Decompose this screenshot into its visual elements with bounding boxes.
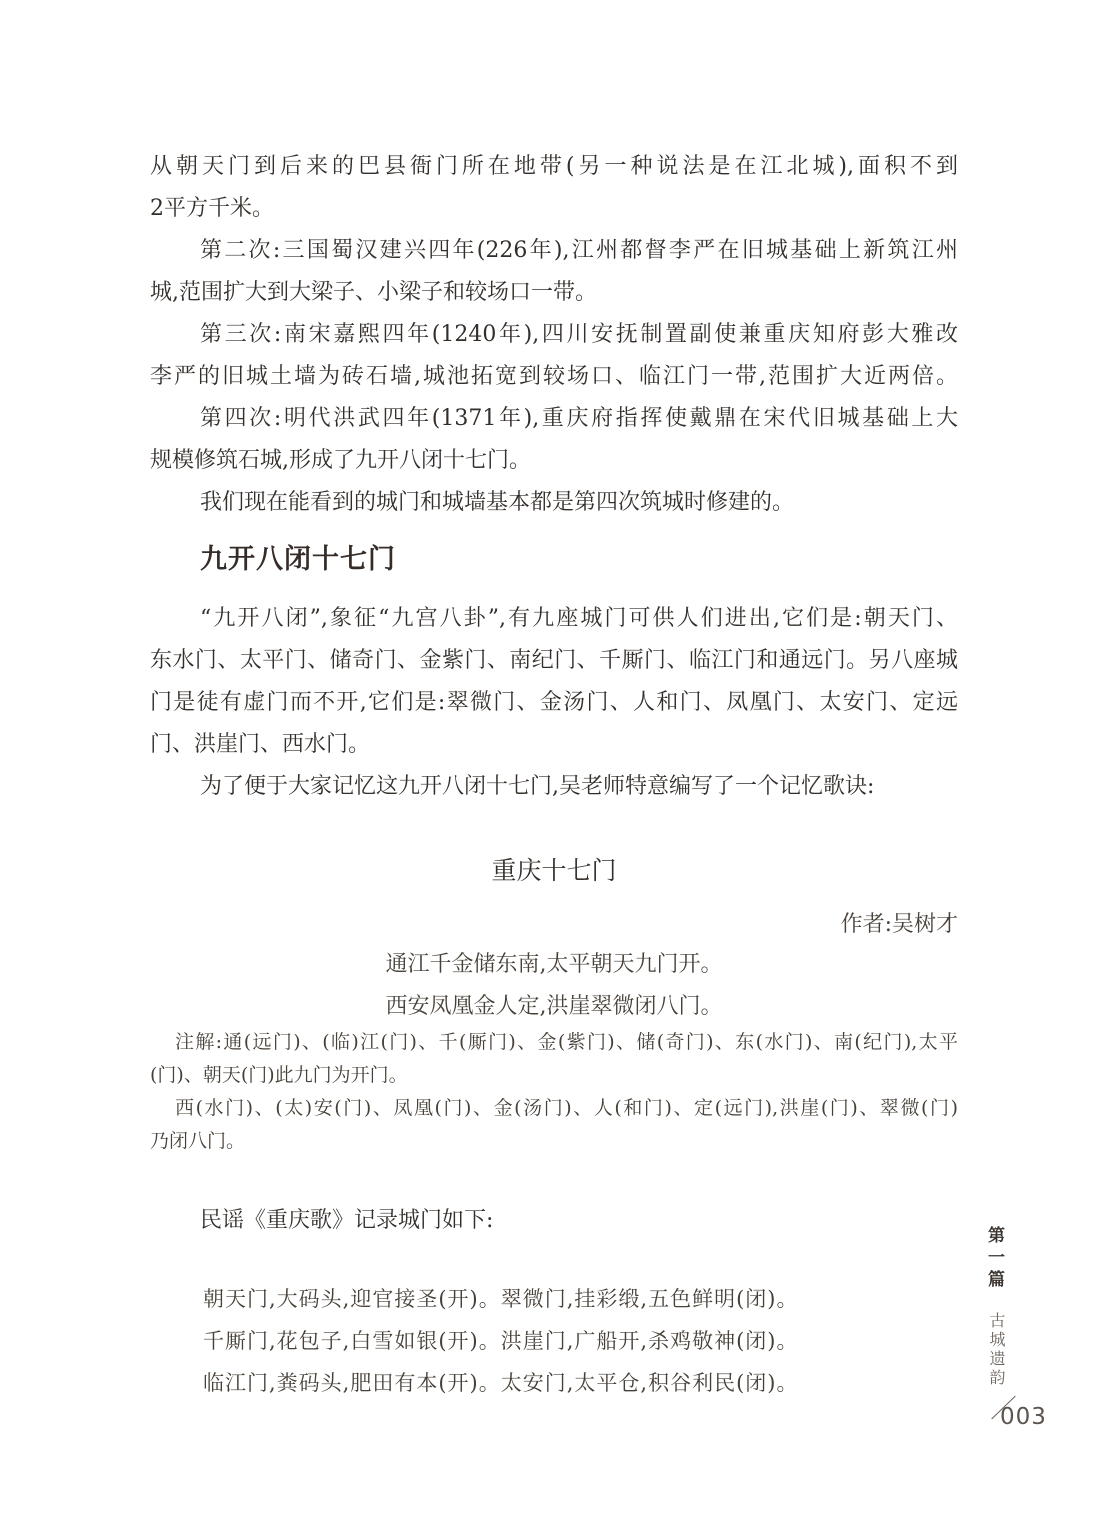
text-line: 门、洪崖门、西水门。 [150,724,958,766]
note-line: (门)、朝天(门)此九门为开门。 [150,1059,958,1092]
folk-line: 临江门,粪码头,肥田有本(开)。太安门,太平仓,积谷利民(闭)。 [150,1362,958,1404]
text-line: 民谣《重庆歌》记录城门如下: [150,1200,958,1242]
section-title-vertical: 古城遗韵 [985,1312,1008,1388]
folk-line: 朝天门,大码头,迎官接圣(开)。翠微门,挂彩缎,五色鲜明(闭)。 [150,1278,958,1320]
section-heading: 九开八闭十七门 [150,545,396,575]
text-line: 为了便于大家记忆这九开八闭十七门,吴老师特意编写了一个记忆歌诀: [150,766,958,808]
book-page: 从朝天门到后来的巴县衙门所在地带(另一种说法是在江北城),面积不到 2平方千米。… [0,0,1100,1538]
text-line: 东水门、太平门、储奇门、金紫门、南纪门、千厮门、临江门和通远门。另八座城 [150,640,958,682]
body-text-block-1: 从朝天门到后来的巴县衙门所在地带(另一种说法是在江北城),面积不到 2平方千米。… [150,146,958,524]
poem-line: 通江千金储东南,太平朝天九门开。 [150,944,958,986]
folk-song-block: 朝天门,大码头,迎官接圣(开)。翠微门,挂彩缎,五色鲜明(闭)。 千厮门,花包子… [150,1278,958,1404]
text-line: 第三次:南宋嘉熙四年(1240年),四川安抚制置副使兼重庆知府彭大雅改 [150,314,958,356]
text-line: 门是徒有虚门而不开,它们是:翠微门、金汤门、人和门、凤凰门、太安门、定远 [150,682,958,724]
folk-line: 千厮门,花包子,白雪如银(开)。洪崖门,广船开,杀鸡敬神(闭)。 [150,1320,958,1362]
text-line: 我们现在能看到的城门和城墙基本都是第四次筑城时修建的。 [150,482,958,524]
folk-intro-block: 民谣《重庆歌》记录城门如下: [150,1200,958,1242]
poem-line: 西安凤凰金人定,洪崖翠微闭八门。 [150,986,958,1028]
text-line: 从朝天门到后来的巴县衙门所在地带(另一种说法是在江北城),面积不到 [150,146,958,188]
text-line: 第四次:明代洪武四年(1371年),重庆府指挥使戴鼎在宋代旧城基础上大 [150,398,958,440]
poem-body: 通江千金储东南,太平朝天九门开。 西安凤凰金人定,洪崖翠微闭八门。 [150,944,958,1028]
note-line: 乃闭八门。 [150,1125,958,1158]
text-line: 城,范围扩大到大梁子、小梁子和较场口一带。 [150,272,958,314]
poem-author: 作者:吴树才 [150,904,978,946]
poem-title: 重庆十七门 [150,856,958,886]
text-line: 第二次:三国蜀汉建兴四年(226年),江州都督李严在旧城基础上新筑江州 [150,230,958,272]
text-line: 规模修筑石城,形成了九开八闭十七门。 [150,440,958,482]
page-number: 003 [1000,1404,1047,1430]
note-line: 注解:通(远门)、(临)江(门)、千(厮门)、金(紫门)、储(奇门)、东(水门)… [150,1026,958,1059]
body-text-block-2: “九开八闭”,象征“九宫八卦”,有九座城门可供人们进出,它们是:朝天门、 东水门… [150,598,958,808]
chapter-label: 第一篇 [982,1226,1007,1292]
note-line: 西(水门)、(太)安(门)、凤凰(门)、金(汤门)、人(和门)、定(远门),洪崖… [150,1092,958,1125]
text-line: “九开八闭”,象征“九宫八卦”,有九座城门可供人们进出,它们是:朝天门、 [150,598,958,640]
text-line: 李严的旧城土墙为砖石墙,城池拓宽到较场口、临江门一带,范围扩大近两倍。 [150,356,958,398]
poem-notes: 注解:通(远门)、(临)江(门)、千(厮门)、金(紫门)、储(奇门)、东(水门)… [150,1026,958,1158]
text-line: 2平方千米。 [150,188,958,230]
